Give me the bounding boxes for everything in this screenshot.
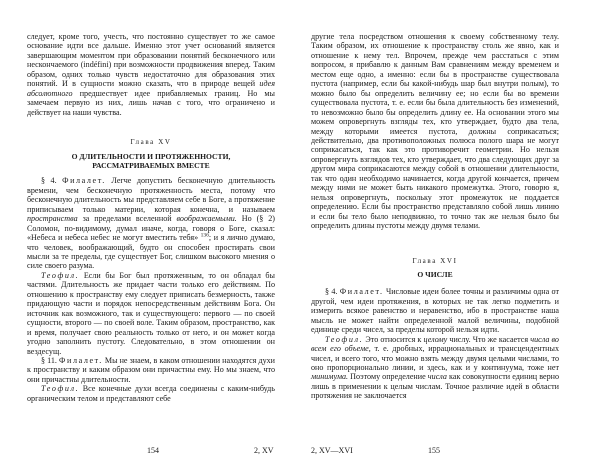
running-head-left: 2, XV xyxy=(254,446,274,455)
page-number-left: 154 xyxy=(147,446,159,455)
paragraph: Теофил. Это относится к целому числу. Чт… xyxy=(311,335,559,401)
running-head-right: 2, XV—XVI xyxy=(311,446,353,455)
paragraph: § 4. Филалет. Числовые идеи более точны … xyxy=(311,287,559,334)
right-page: другие тела посредством отношения к свое… xyxy=(311,32,559,401)
chapter-label: Глава XVI xyxy=(311,257,559,266)
paragraph: Теофил. Все конечные духи всегда соедине… xyxy=(27,384,275,403)
footnote-ref: 136 xyxy=(201,232,209,238)
chapter-title: О ДЛИТЕЛЬНОСТИ И ПРОТЯЖЕННОСТИ,РАССМАТРИ… xyxy=(27,152,275,171)
chapter-title: О ЧИСЛЕ xyxy=(311,270,559,279)
right-top-paragraph: другие тела посредством отношения к свое… xyxy=(311,32,559,231)
paragraph: Теофил. Если бы Бог был протяженным, то … xyxy=(27,271,275,356)
chapter-label: Глава XV xyxy=(27,138,275,147)
left-page: следует, кроме того, учесть, что постоян… xyxy=(27,32,275,403)
paragraph: § 11. Филалет. Мы не знаем, в каком отно… xyxy=(27,356,275,384)
page-number-right: 155 xyxy=(428,446,440,455)
left-top-paragraph: следует, кроме того, учесть, что постоян… xyxy=(27,32,275,117)
paragraph: § 4. Филалет. Легче допустить бесконечну… xyxy=(27,176,275,271)
